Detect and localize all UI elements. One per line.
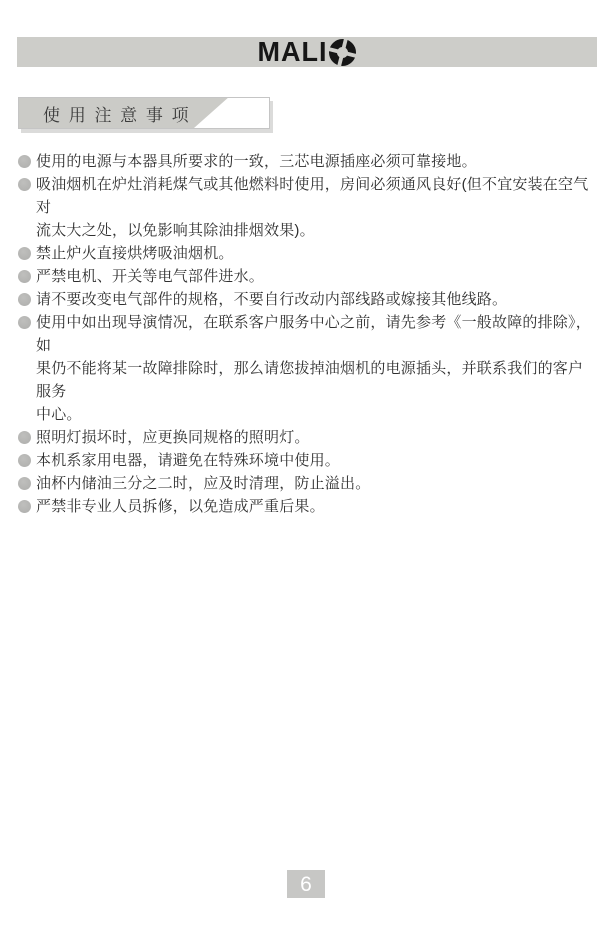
- item-text: 使用中如出现导演情况，在联系客户服务中心之前，请先参考《一般故障的排除》，如 果…: [36, 311, 596, 426]
- brand-logo-text: MALI: [258, 38, 328, 66]
- list-item: 使用的电源与本器具所要求的一致，三芯电源插座必须可靠接地。: [18, 150, 596, 173]
- bullet-icon: [18, 454, 31, 467]
- bullet-icon: [18, 431, 31, 444]
- section-title-box: 使 用 注 意 事 项: [18, 97, 270, 129]
- manual-page: { "brand": { "logo_text": "MALI", "logo_…: [0, 0, 612, 930]
- item-text: 吸油烟机在炉灶消耗煤气或其他燃料时使用，房间必须通风良好(但不宜安装在空气对 流…: [36, 173, 596, 242]
- item-text: 严禁电机、开关等电气部件进水。: [36, 265, 596, 288]
- bullet-icon: [18, 178, 31, 191]
- item-text: 请不要改变电气部件的规格，不要自行改动内部线路或嫁接其他线路。: [36, 288, 596, 311]
- list-item: 使用中如出现导演情况，在联系客户服务中心之前，请先参考《一般故障的排除》，如 果…: [18, 311, 596, 426]
- bullet-icon: [18, 247, 31, 260]
- item-text: 严禁非专业人员拆修，以免造成严重后果。: [36, 495, 596, 518]
- precautions-list: 使用的电源与本器具所要求的一致，三芯电源插座必须可靠接地。吸油烟机在炉灶消耗煤气…: [18, 150, 596, 518]
- list-item: 吸油烟机在炉灶消耗煤气或其他燃料时使用，房间必须通风良好(但不宜安装在空气对 流…: [18, 173, 596, 242]
- bullet-icon: [18, 155, 31, 168]
- page-number: 6: [300, 874, 312, 895]
- item-text: 禁止炉火直接烘烤吸油烟机。: [36, 242, 596, 265]
- bullet-icon: [18, 500, 31, 513]
- bullet-icon: [18, 270, 31, 283]
- brand-header-bar: MALI: [17, 37, 597, 67]
- bullet-icon: [18, 477, 31, 490]
- bullet-icon: [18, 293, 31, 306]
- bullet-icon: [18, 316, 31, 329]
- list-item: 照明灯损坏时，应更换同规格的照明灯。: [18, 426, 596, 449]
- list-item: 严禁非专业人员拆修，以免造成严重后果。: [18, 495, 596, 518]
- list-item: 油杯内储油三分之二时，应及时清理，防止溢出。: [18, 472, 596, 495]
- list-item: 请不要改变电气部件的规格，不要自行改动内部线路或嫁接其他线路。: [18, 288, 596, 311]
- item-text: 使用的电源与本器具所要求的一致，三芯电源插座必须可靠接地。: [36, 150, 596, 173]
- item-text: 油杯内储油三分之二时，应及时清理，防止溢出。: [36, 472, 596, 495]
- list-item: 本机系家用电器，请避免在特殊环境中使用。: [18, 449, 596, 472]
- item-text: 本机系家用电器，请避免在特殊环境中使用。: [36, 449, 596, 472]
- item-text: 照明灯损坏时，应更换同规格的照明灯。: [36, 426, 596, 449]
- list-item: 严禁电机、开关等电气部件进水。: [18, 265, 596, 288]
- page-number-badge: 6: [287, 870, 325, 898]
- brand-logo: MALI: [258, 39, 357, 66]
- list-item: 禁止炉火直接烘烤吸油烟机。: [18, 242, 596, 265]
- target-ring-icon: [329, 39, 356, 66]
- section-title: 使 用 注 意 事 项: [43, 98, 191, 128]
